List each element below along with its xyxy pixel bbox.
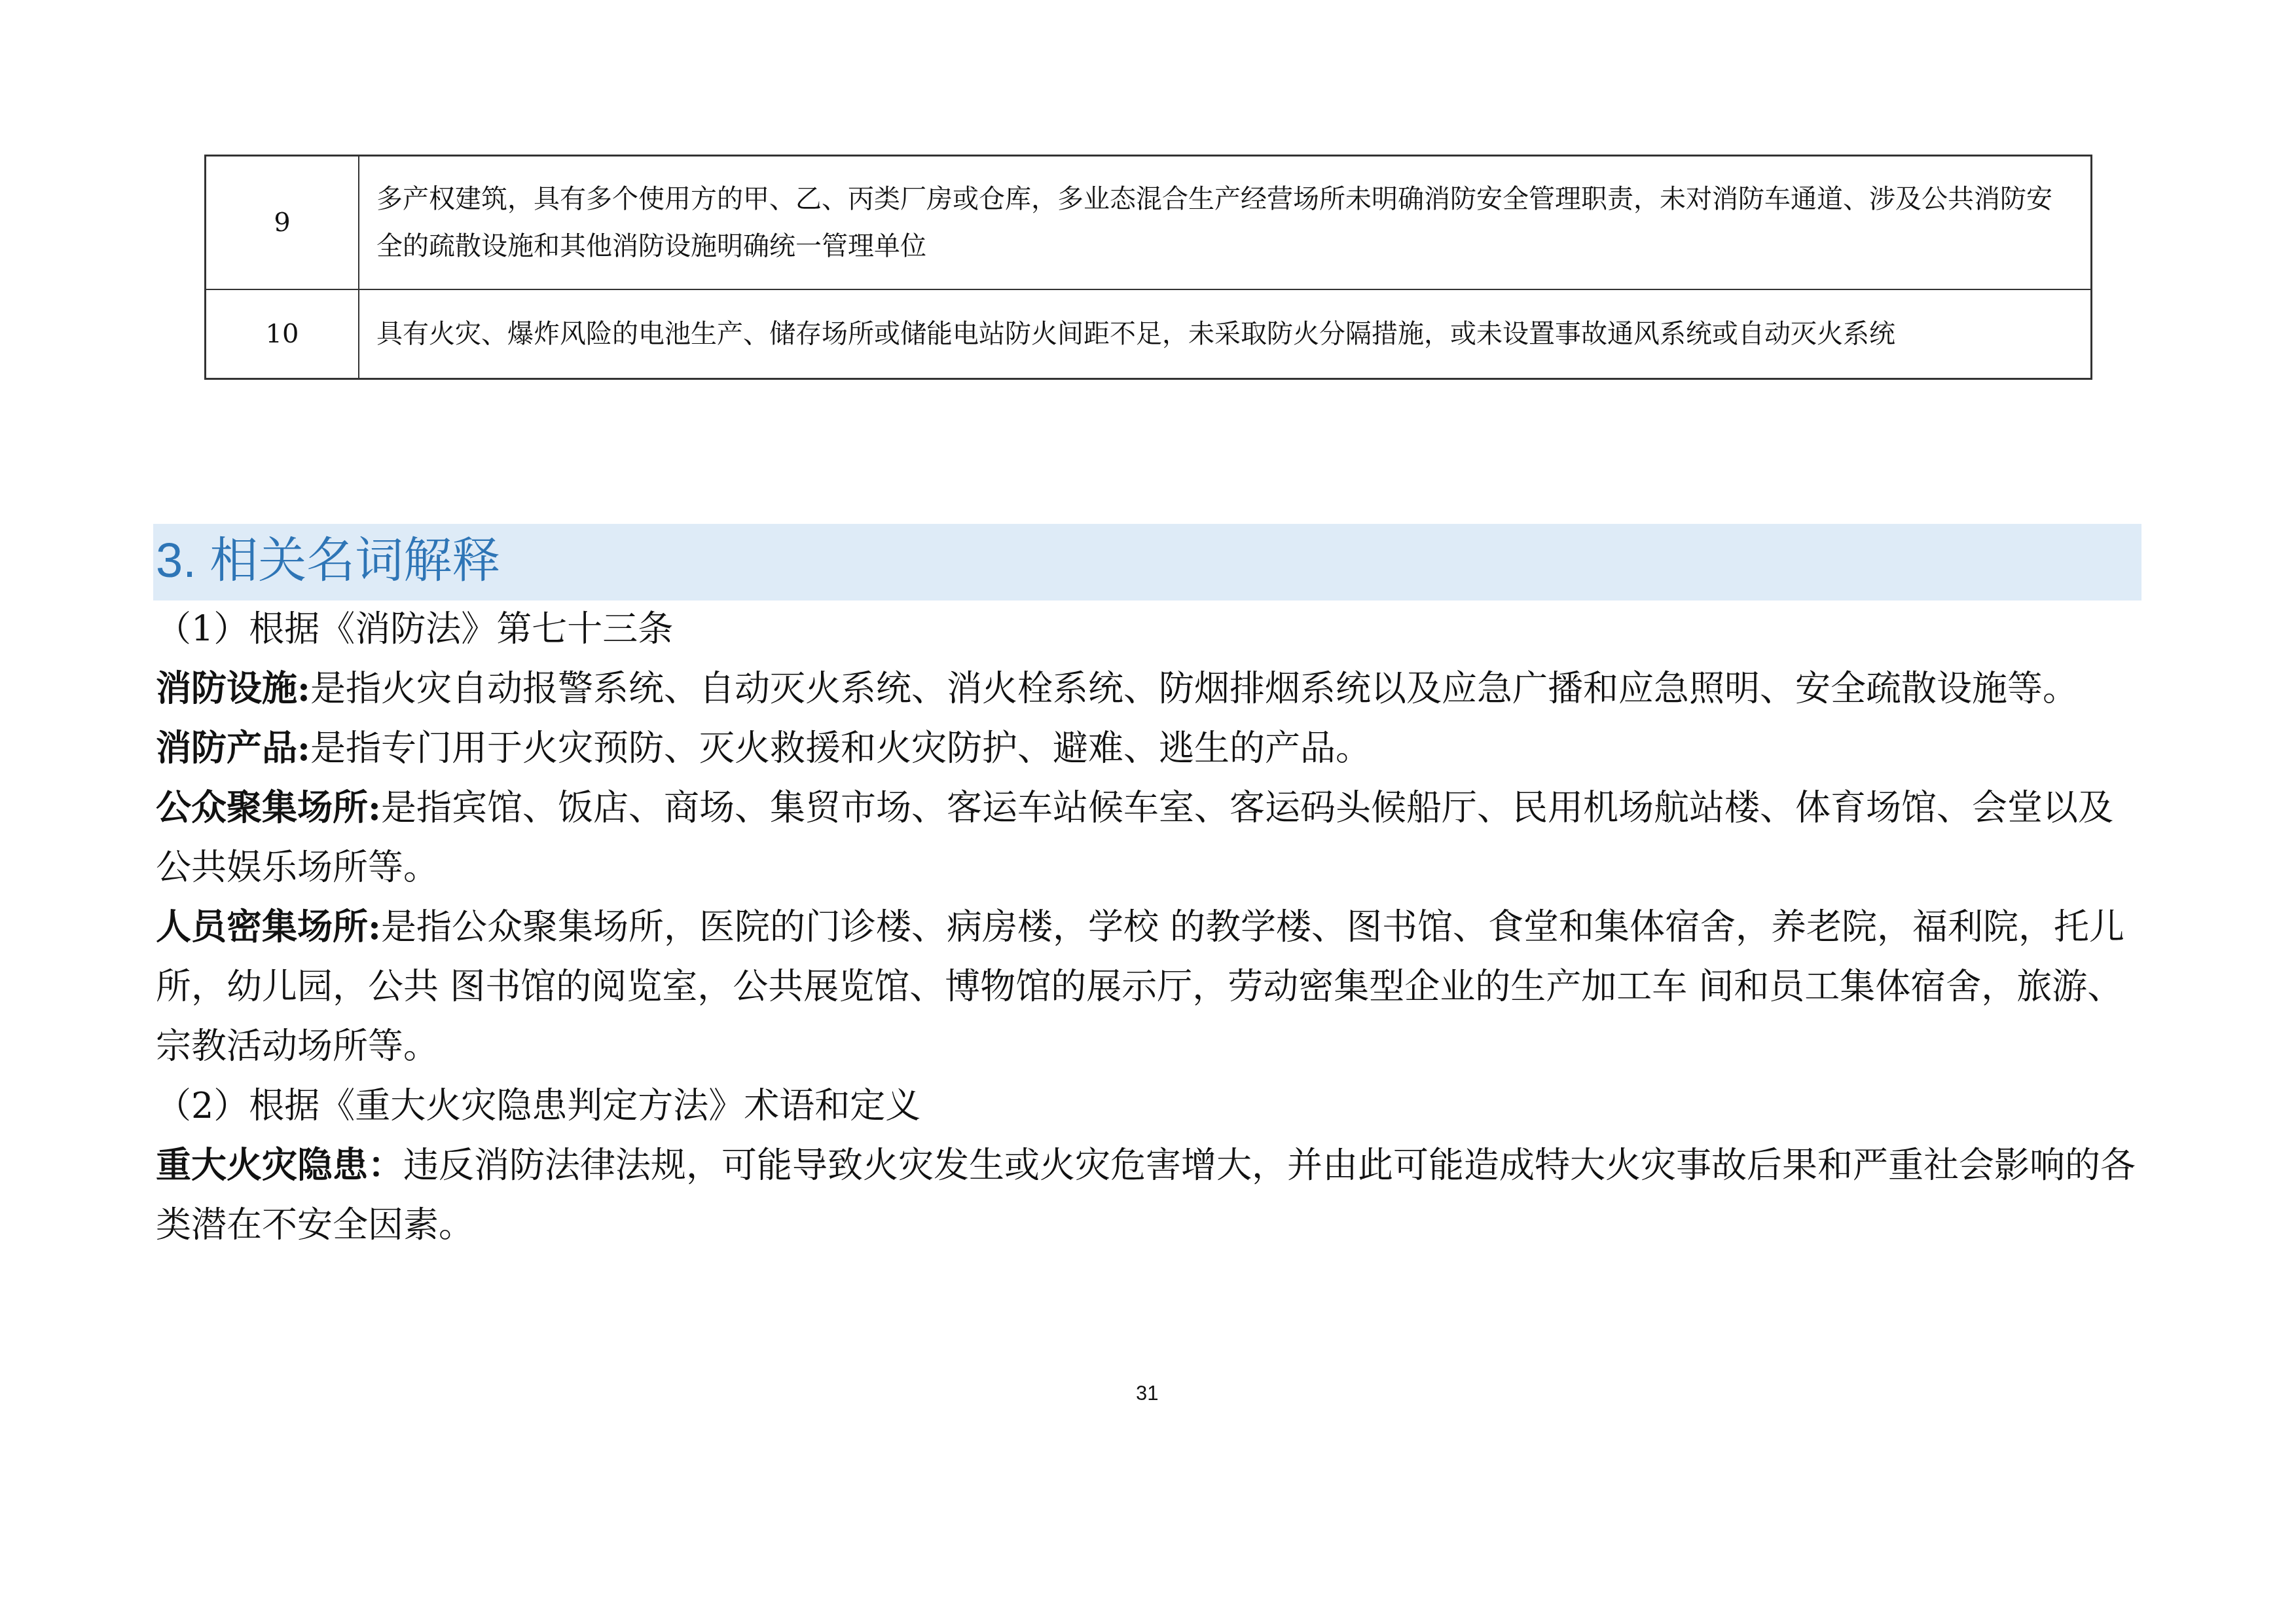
- table-row: 9 多产权建筑，具有多个使用方的甲、乙、丙类厂房或仓库，多业态混合生产经营场所未…: [206, 156, 2092, 290]
- row-description: 多产权建筑，具有多个使用方的甲、乙、丙类厂房或仓库，多业态混合生产经营场所未明确…: [359, 156, 2092, 290]
- definition-text: 是指专门用于火灾预防、灭火救援和火灾防护、避难、逃生的产品。: [310, 728, 1371, 769]
- row-description: 具有火灾、爆炸风险的电池生产、储存场所或储能电站防火间距不足，未采取防火分隔措施…: [359, 289, 2092, 379]
- definition: 人员密集场所:是指公众聚集场所，医院的门诊楼、病房楼，学校 的教学楼、图书馆、食…: [156, 897, 2143, 1076]
- term: 人员密集场所:: [156, 906, 381, 948]
- table-row: 10 具有火灾、爆炸风险的电池生产、储存场所或储能电站防火间距不足，未采取防火分…: [206, 289, 2092, 379]
- definition: 消防设施:是指火灾自动报警系统、自动灭火系统、消火栓系统、防烟排烟系统以及应急广…: [156, 659, 2143, 718]
- term: 消防设施:: [156, 667, 310, 709]
- section-heading: 3. 相关名词解释: [153, 524, 2141, 600]
- definition-text: 是指宾馆、饭店、商场、集贸市场、客运车站候车室、客运码头候船厅、民用机场航站楼、…: [156, 787, 2113, 888]
- page-number: 31: [1136, 1382, 1158, 1405]
- definition: 重大火灾隐患：违反消防法律法规，可能导致火灾发生或火灾危害增大，并由此可能造成特…: [156, 1135, 2143, 1255]
- term: 重大火灾隐患：: [156, 1144, 403, 1186]
- definition: 消防产品:是指专门用于火灾预防、灭火救援和火灾防护、避难、逃生的产品。: [156, 718, 2143, 778]
- row-number: 9: [206, 156, 359, 290]
- section-title: 3. 相关名词解释: [156, 528, 500, 593]
- term: 公众聚集场所:: [156, 786, 381, 828]
- subsection-heading: （2）根据《重大火灾隐患判定方法》术语和定义: [156, 1076, 2143, 1135]
- term: 消防产品:: [156, 727, 310, 769]
- definition-text: 是指公众聚集场所，医院的门诊楼、病房楼，学校 的教学楼、图书馆、食堂和集体宿舍，…: [156, 906, 2124, 1067]
- definition-text: 是指火灾自动报警系统、自动灭火系统、消火栓系统、防烟排烟系统以及应急广播和应急照…: [310, 668, 2078, 709]
- definition: 公众聚集场所:是指宾馆、饭店、商场、集贸市场、客运车站候车室、客运码头候船厅、民…: [156, 778, 2143, 897]
- row-number: 10: [206, 289, 359, 379]
- definition-text: 违反消防法律法规，可能导致火灾发生或火灾危害增大，并由此可能造成特大火灾事故后果…: [156, 1145, 2136, 1246]
- subsection-heading: （1）根据《消防法》第七十三条: [156, 599, 2143, 659]
- hazard-table: 9 多产权建筑，具有多个使用方的甲、乙、丙类厂房或仓库，多业态混合生产经营场所未…: [204, 155, 2092, 380]
- definitions-body: （1）根据《消防法》第七十三条 消防设施:是指火灾自动报警系统、自动灭火系统、消…: [156, 599, 2143, 1255]
